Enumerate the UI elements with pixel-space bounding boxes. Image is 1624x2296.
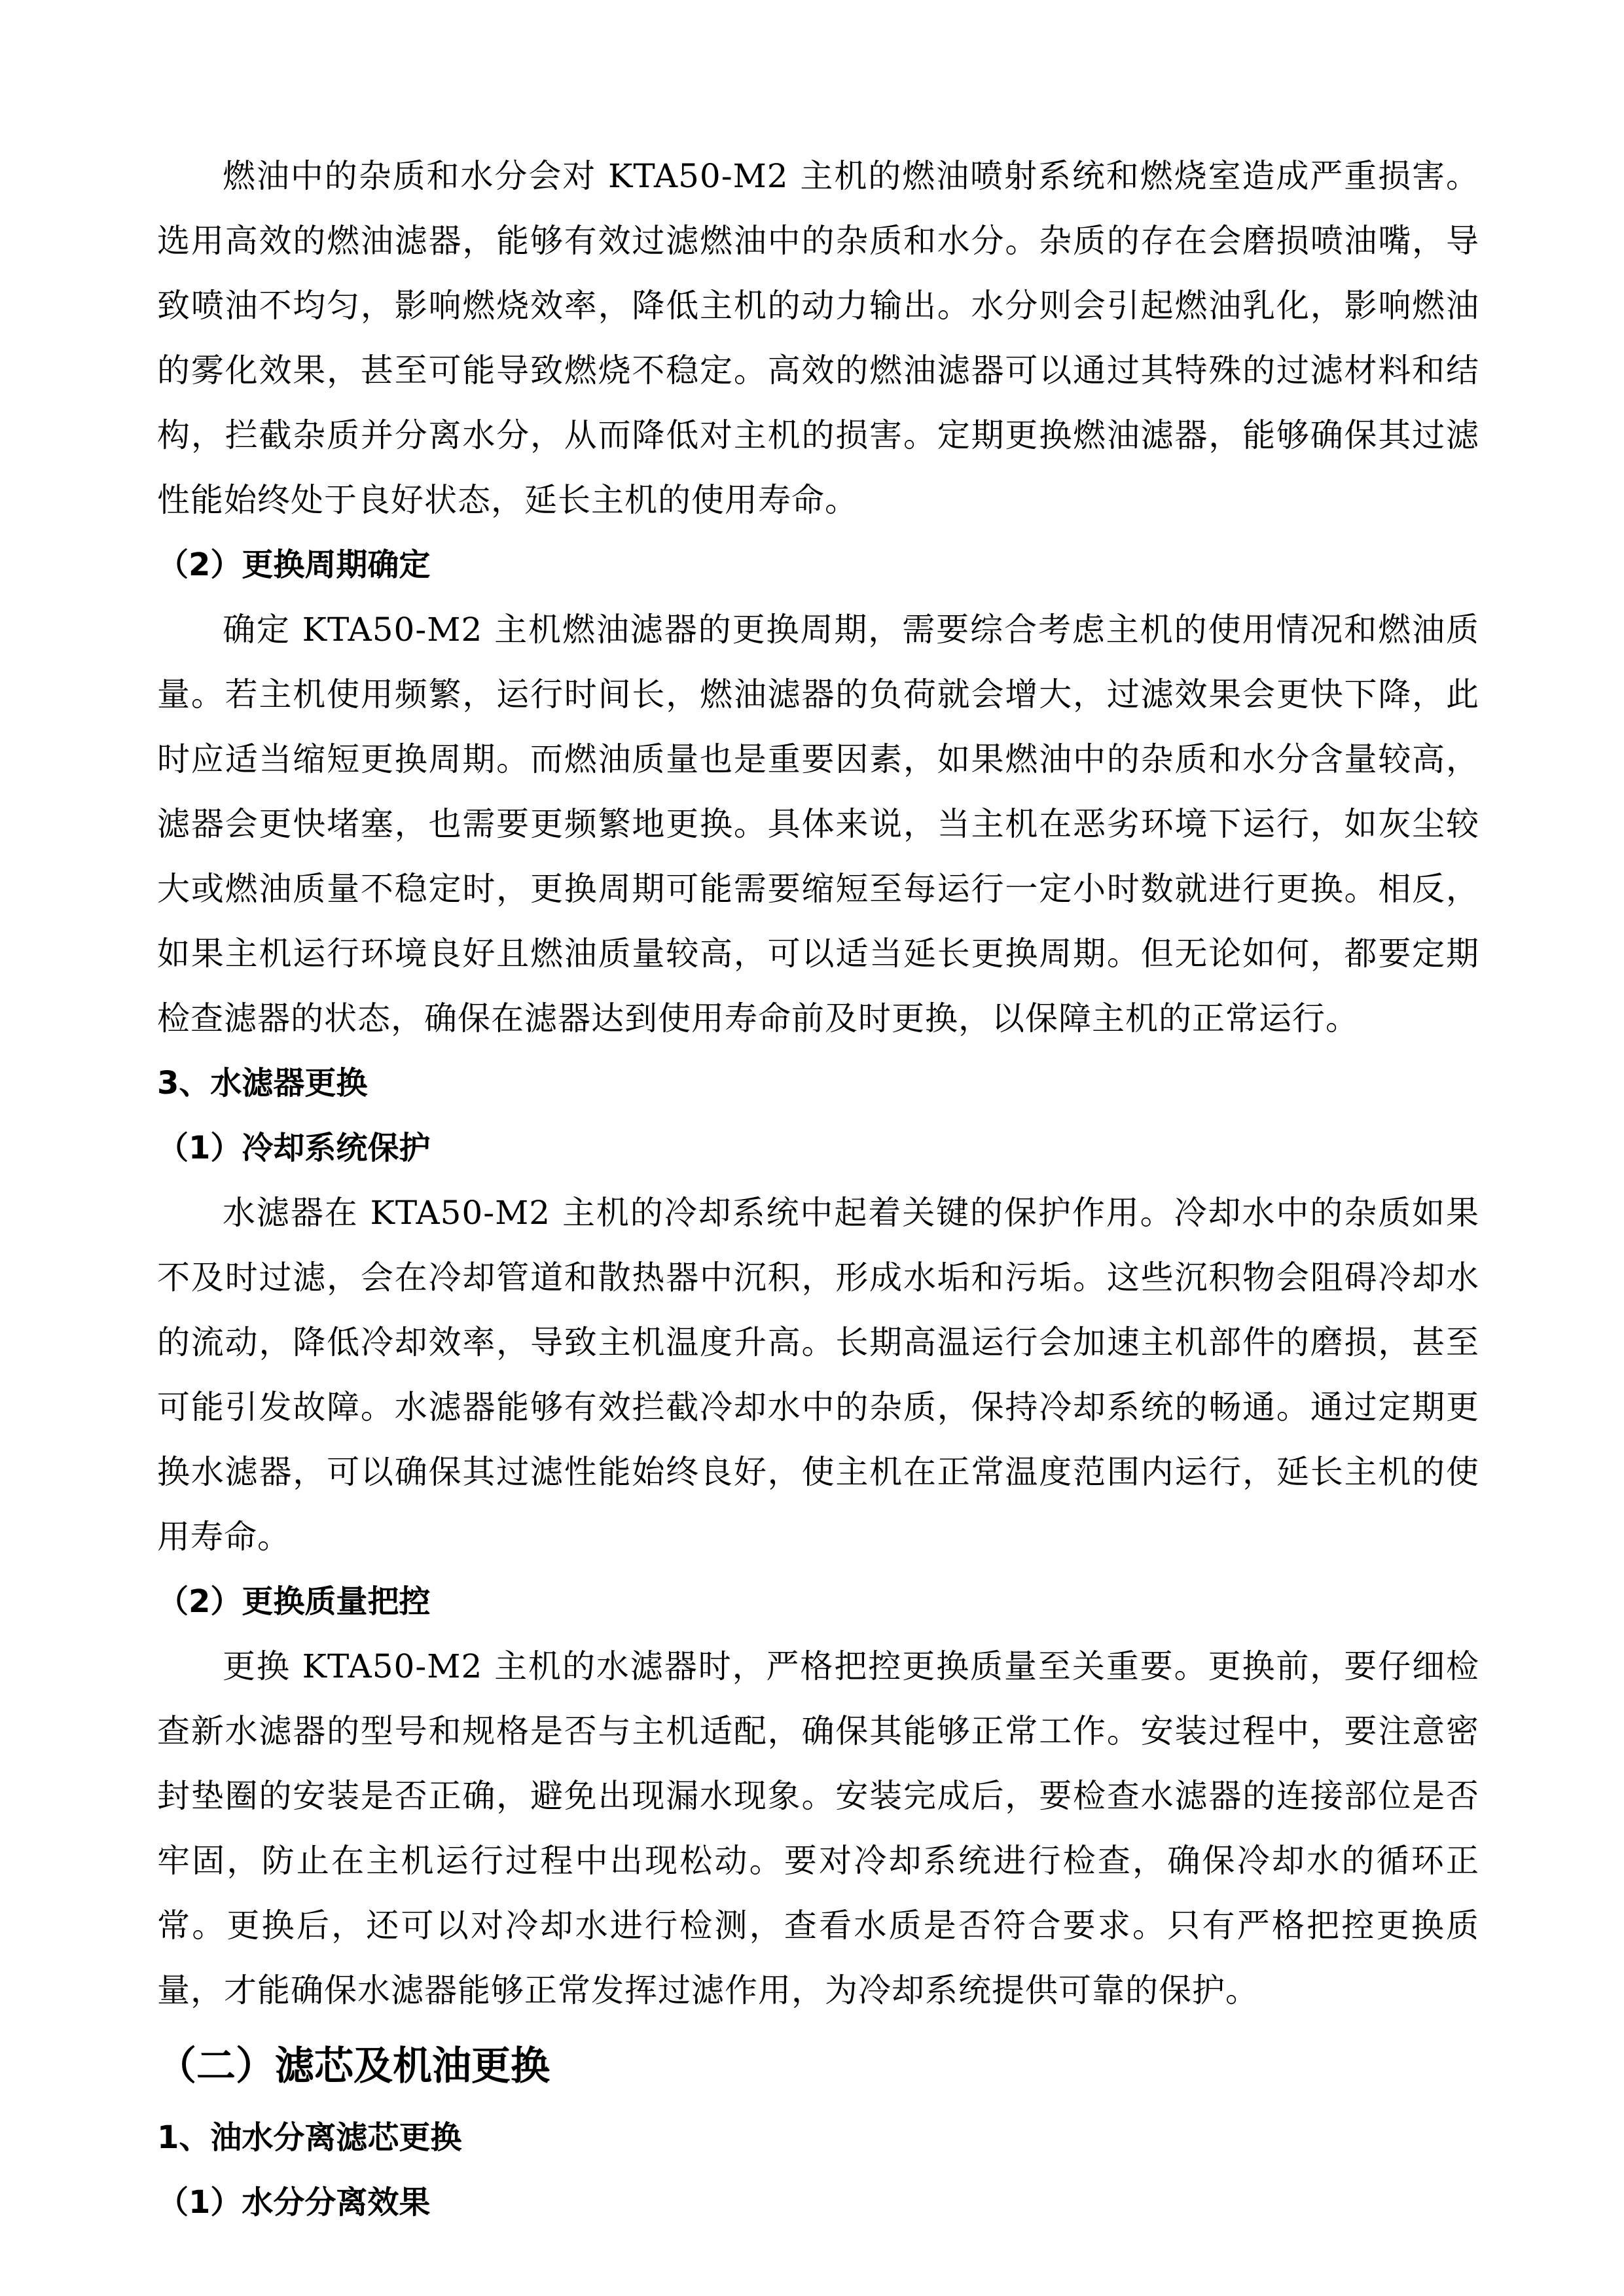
heading-water-filter-replacement: 3、水滤器更换 <box>157 1051 1479 1116</box>
document-page: 燃油中的杂质和水分会对 KTA50-M2 主机的燃油喷射系统和燃烧室造成严重损害… <box>157 144 1479 2235</box>
paragraph-quality-control: 更换 KTA50-M2 主机的水滤器时，严格把控更换质量至关重要。更换前，要仔细… <box>157 1634 1479 2023</box>
heading-oil-water-separator: 1、油水分离滤芯更换 <box>157 2106 1479 2170</box>
subheading-water-separation-effect: （1）水分分离效果 <box>157 2170 1479 2235</box>
subheading-cooling-protection: （1）冷却系统保护 <box>157 1116 1479 1181</box>
subheading-quality-control: （2）更换质量把控 <box>157 1570 1479 1634</box>
subheading-replacement-cycle: （2）更换周期确定 <box>157 533 1479 598</box>
section-heading-filter-and-oil: （二）滤芯及机油更换 <box>157 2027 1479 2106</box>
paragraph-replacement-cycle: 确定 KTA50-M2 主机燃油滤器的更换周期，需要综合考虑主机的使用情况和燃油… <box>157 598 1479 1051</box>
paragraph-cooling-protection: 水滤器在 KTA50-M2 主机的冷却系统中起着关键的保护作用。冷却水中的杂质如… <box>157 1181 1479 1570</box>
paragraph-fuel-impurities: 燃油中的杂质和水分会对 KTA50-M2 主机的燃油喷射系统和燃烧室造成严重损害… <box>157 144 1479 533</box>
